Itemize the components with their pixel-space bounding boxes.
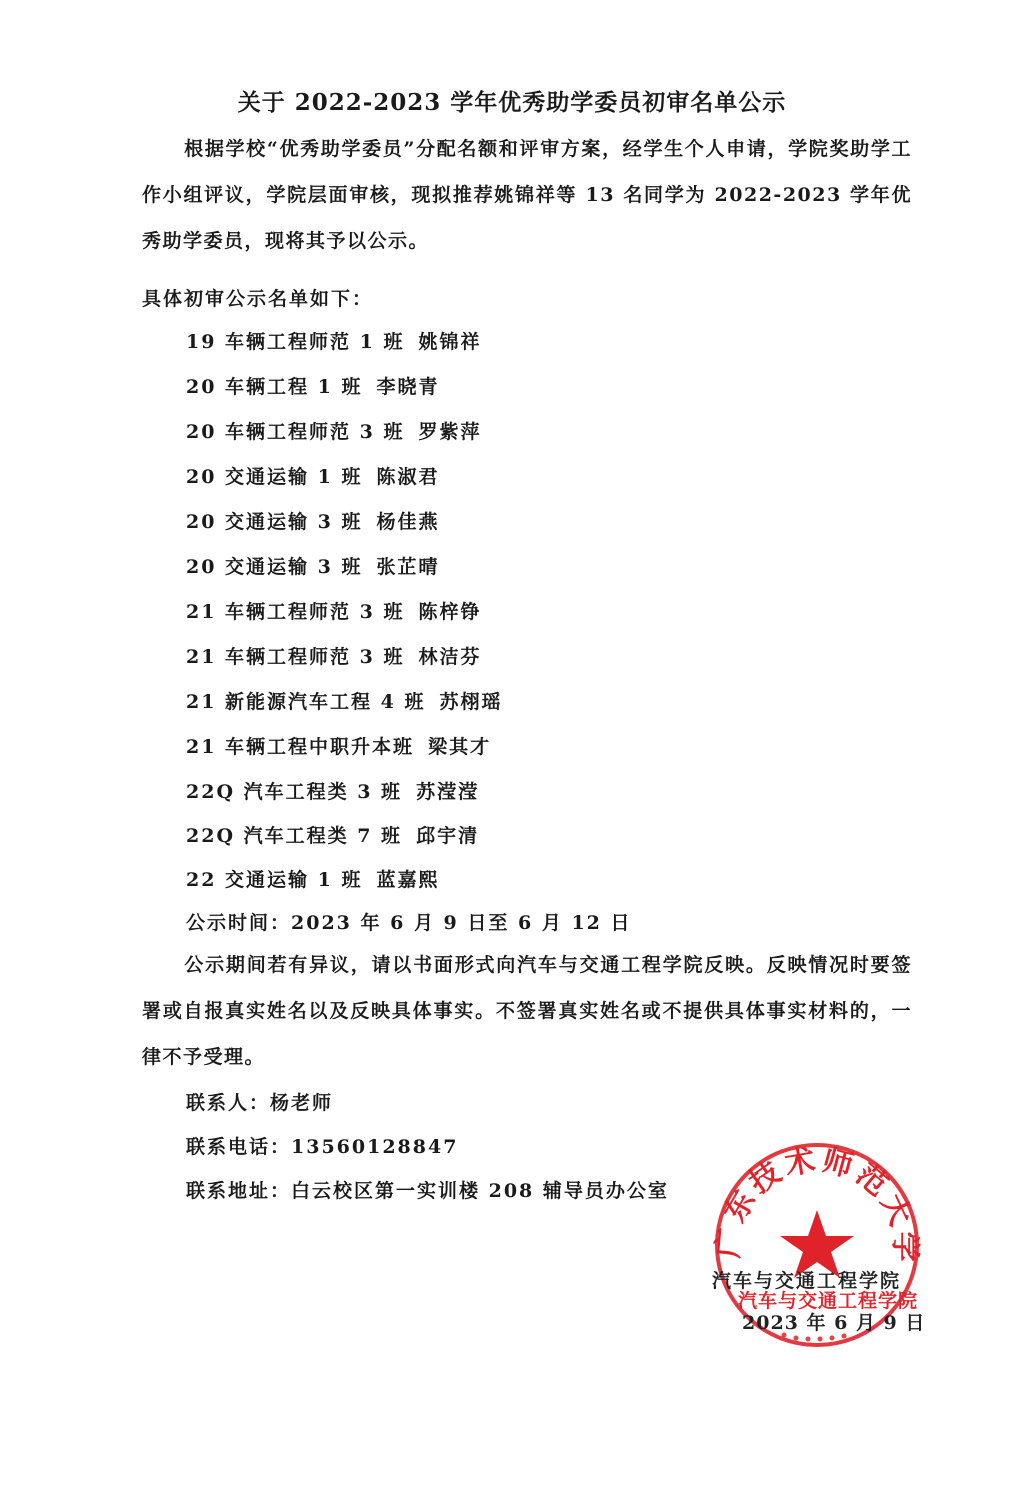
publicity-period: 公示时间：2023 年 6 月 9 日至 6 月 12 日: [186, 908, 632, 935]
signature-date: 2023 年 6 月 9 日: [742, 1308, 925, 1335]
list-item: 20 交通运输 3 班杨佳燕: [186, 507, 440, 534]
contact-person: 联系人：杨老师: [186, 1088, 333, 1115]
list-item: 22 交通运输 1 班蓝嘉熙: [186, 865, 440, 892]
objection-paragraph: 公示期间若有异议，请以书面形式向汽车与交通工程学院反映。反映情况时要签署或自报真…: [142, 942, 912, 1080]
notice-page: 关于 2022-2023 学年优秀助学委员初审名单公示 根据学校“优秀助学委员”…: [0, 0, 1024, 1490]
intro-paragraph: 根据学校“优秀助学委员”分配名额和评审方案，经学生个人申请，学院奖助学工作小组评…: [142, 126, 912, 264]
list-item: 22Q 汽车工程类 3 班苏滢滢: [186, 777, 479, 804]
contact-address: 联系地址：白云校区第一实训楼 208 辅导员办公室: [186, 1176, 669, 1203]
contact-phone: 联系电话：13560128847: [186, 1132, 458, 1159]
list-item: 19 车辆工程师范 1 班姚锦祥: [186, 327, 482, 354]
list-item: 21 车辆工程中职升本班梁其才: [186, 732, 491, 759]
list-item: 22Q 汽车工程类 7 班邱宇清: [186, 821, 479, 848]
list-item: 21 车辆工程师范 3 班陈梓铮: [186, 597, 482, 624]
list-item: 21 车辆工程师范 3 班林洁芬: [186, 642, 482, 669]
list-item: 20 交通运输 1 班陈淑君: [186, 462, 440, 489]
list-item: 20 车辆工程 1 班李晓青: [186, 372, 440, 399]
list-item: 20 车辆工程师范 3 班罗紫萍: [186, 417, 482, 444]
notice-title: 关于 2022-2023 学年优秀助学委员初审名单公示: [0, 84, 1024, 117]
list-item: 20 交通运输 3 班张芷晴: [186, 552, 440, 579]
list-intro: 具体初审公示名单如下：: [142, 284, 373, 311]
list-item: 21 新能源汽车工程 4 班苏栩瑶: [186, 687, 503, 714]
